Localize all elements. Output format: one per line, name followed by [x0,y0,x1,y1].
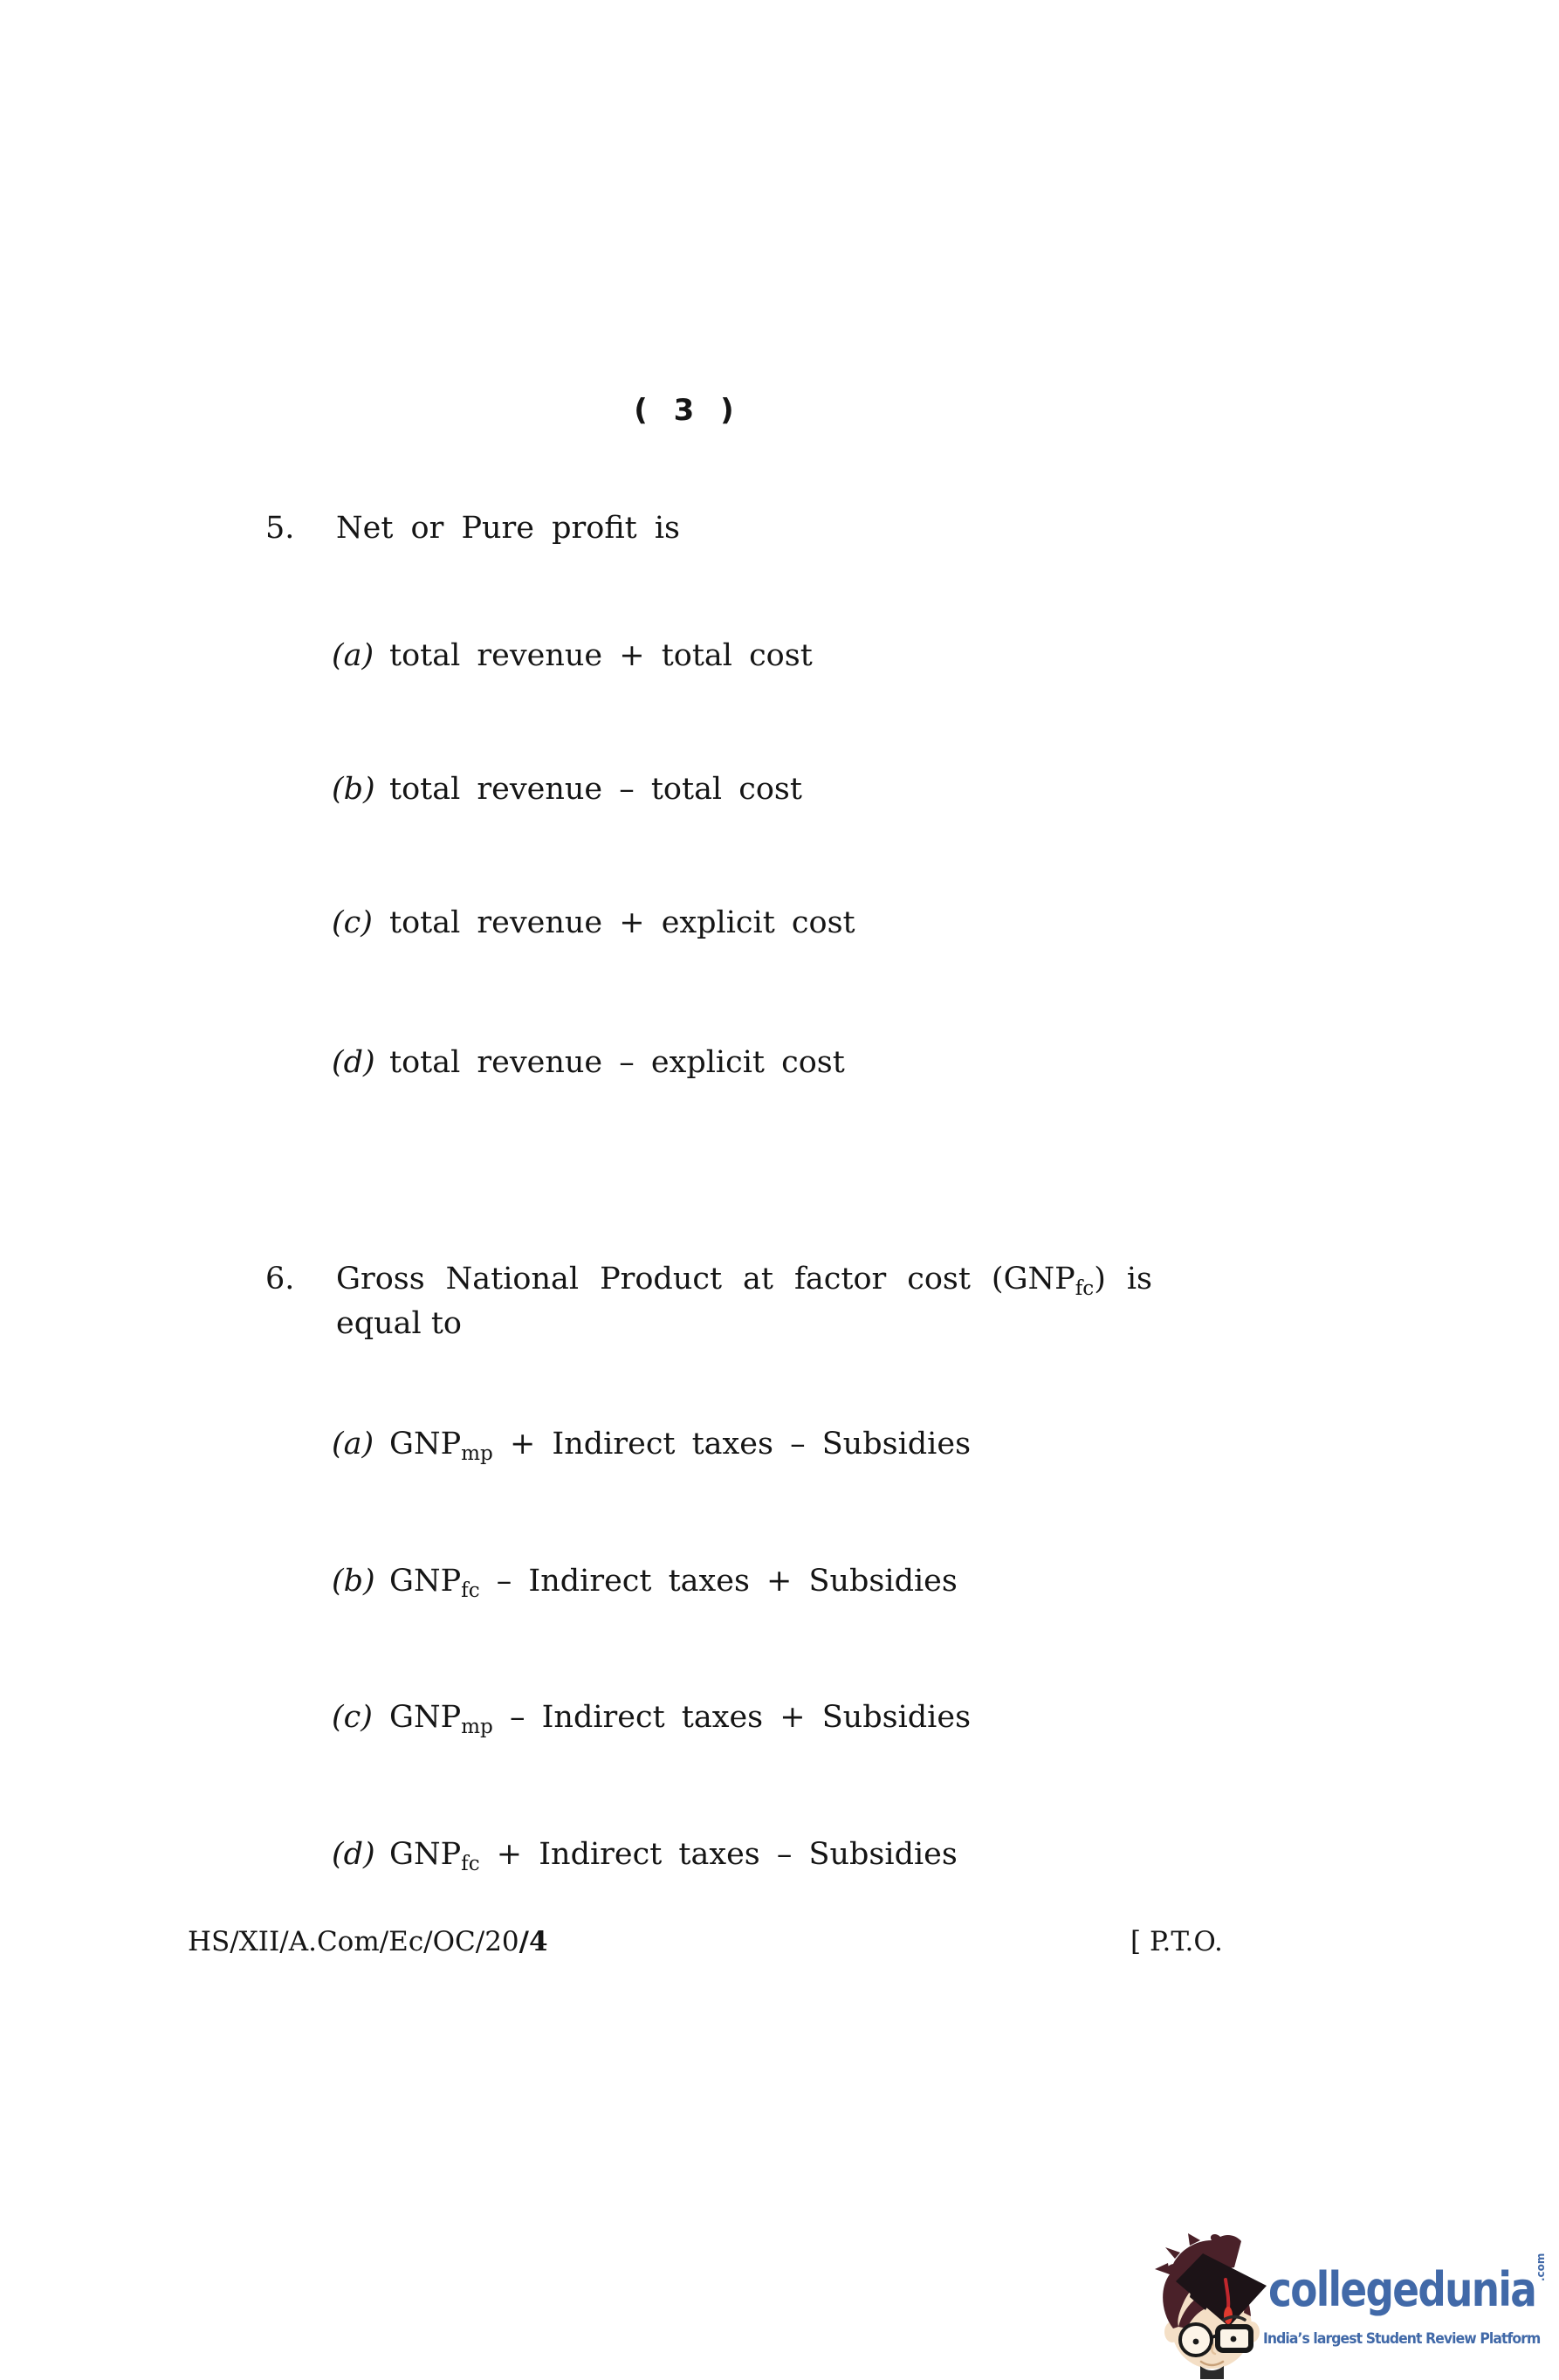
exam-paper-page: ( 3 ) 5. Net or Pure profit is (a) total… [0,0,1559,2380]
question-6-line2: equal to [336,1302,1157,1346]
page-number: ( 3 ) [611,393,765,428]
q6-option-c-subscript: mp [461,1716,493,1738]
q5-option-a-text: total revenue + total cost [389,636,813,677]
q6-text-subscript: fc [1075,1277,1094,1300]
q6-option-d-text: GNPfc + Indirect taxes – Subsidies [389,1835,958,1875]
q5-option-c-text: total revenue + explicit cost [389,904,855,944]
q6-option-d-rest: + Indirect taxes – Subsidies [480,1837,958,1872]
q5-option-a-label: (a) [332,636,389,677]
q6-option-b-base: GNP [389,1564,461,1599]
q6-option-a-text: GNPmp + Indirect taxes – Subsidies [389,1425,971,1465]
q5-option-b: (b) total revenue – total cost [332,770,802,810]
q6-option-a-label: (a) [332,1425,389,1465]
q6-option-d-subscript: fc [461,1853,479,1875]
q5-option-d-text: total revenue – explicit cost [389,1043,845,1083]
q6-option-b: (b) GNPfc – Indirect taxes + Subsidies [332,1562,958,1602]
q6-option-c-rest: – Indirect taxes + Subsidies [493,1700,971,1735]
q6-text-post: ) is [1094,1262,1152,1297]
question-6: 6. Gross National Product at factor cost… [265,1257,1157,1346]
q6-option-a-rest: + Indirect taxes – Subsidies [493,1427,971,1462]
q6-option-b-label: (b) [332,1562,389,1602]
q5-option-c: (c) total revenue + explicit cost [332,904,855,944]
q6-option-b-rest: – Indirect taxes + Subsidies [480,1564,958,1599]
pto-label: [ P.T.O. [1130,1926,1223,1957]
q6-option-c-base: GNP [389,1700,461,1735]
q6-option-b-subscript: fc [461,1579,479,1602]
q6-option-d: (d) GNPfc + Indirect taxes – Subsidies [332,1835,958,1875]
question-5-number: 5. [265,506,336,551]
q6-option-c-label: (c) [332,1698,389,1738]
q5-option-d-label: (d) [332,1043,389,1083]
collegedunia-tagline: India’s largest Student Review Platform [1263,2330,1540,2348]
q6-option-c-text: GNPmp – Indirect taxes + Subsidies [389,1698,971,1738]
graduate-boy-mascot-icon [1150,2229,1277,2379]
collegedunia-brand-text: collegedunia [1268,2262,1535,2317]
q5-option-c-label: (c) [332,904,389,944]
q5-option-b-label: (b) [332,770,389,810]
question-6-line1: Gross National Product at factor cost (G… [336,1257,1152,1302]
question-5-text: Net or Pure profit is [336,506,680,551]
paper-code: HS/XII/A.Com/Ec/OC/20/4 [188,1926,548,1957]
q6-text-pre: Gross National Product at factor cost (G… [336,1262,1075,1297]
q6-option-d-label: (d) [332,1835,389,1875]
q6-option-a-base: GNP [389,1427,461,1462]
q6-option-b-text: GNPfc – Indirect taxes + Subsidies [389,1562,958,1602]
q5-option-b-text: total revenue – total cost [389,770,802,810]
question-6-number: 6. [265,1257,336,1302]
q6-option-c: (c) GNPmp – Indirect taxes + Subsidies [332,1698,971,1738]
q6-option-d-base: GNP [389,1837,461,1872]
q6-option-a: (a) GNPmp + Indirect taxes – Subsidies [332,1425,971,1465]
collegedunia-logo: collegedunia .com India’s largest Studen… [1126,2196,1559,2380]
q5-option-d: (d) total revenue – explicit cost [332,1043,845,1083]
question-6-text: Gross National Product at factor cost (G… [336,1257,1157,1346]
paper-code-bold-part: /4 [519,1926,548,1957]
q5-option-a: (a) total revenue + total cost [332,636,813,677]
paper-code-regular: HS/XII/A.Com/Ec/OC/20 [188,1926,519,1957]
q6-option-a-subscript: mp [461,1442,493,1465]
collegedunia-tld-text: .com [1535,2253,1547,2281]
question-5: 5. Net or Pure profit is [265,506,680,551]
